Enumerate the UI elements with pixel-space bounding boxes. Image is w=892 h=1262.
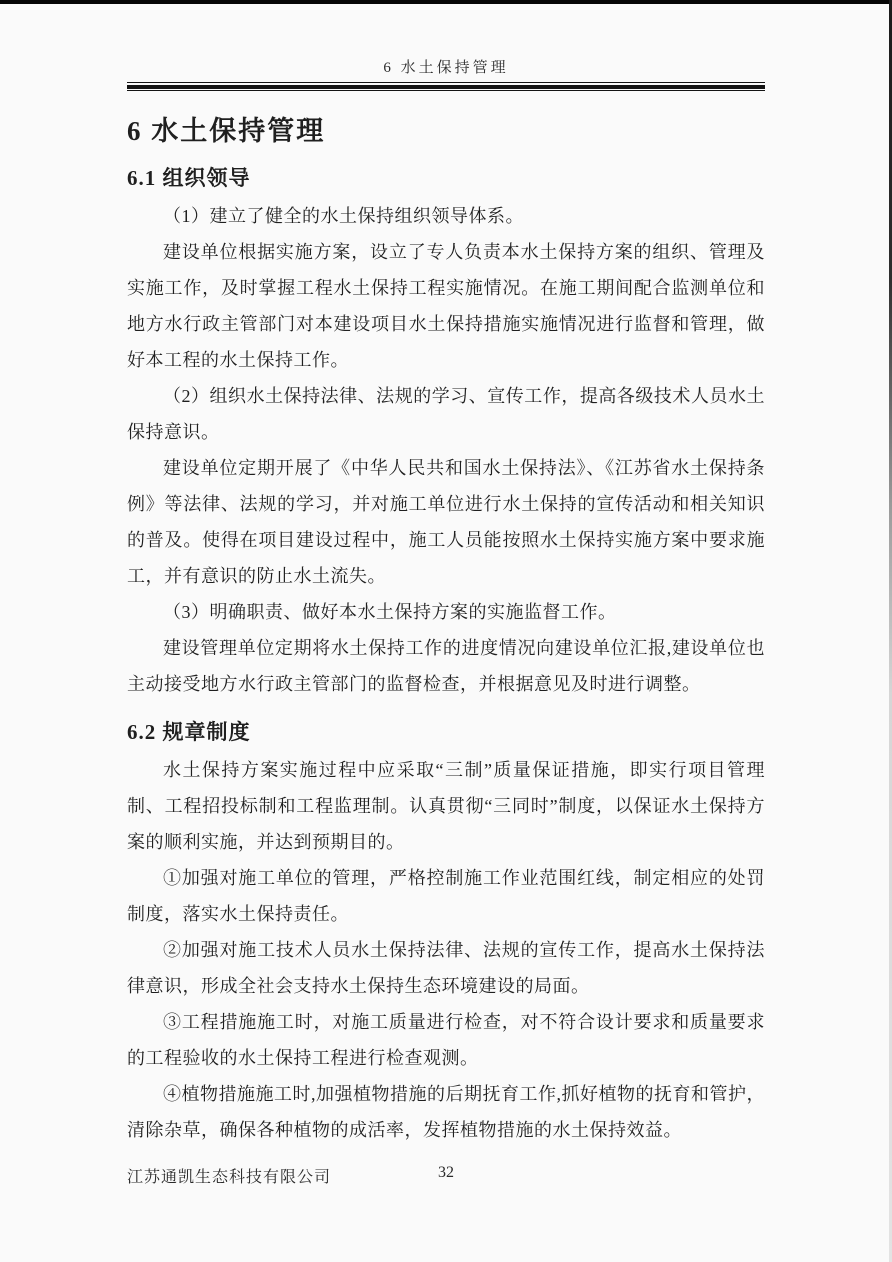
paragraph: ③工程措施施工时，对施工质量进行检查，对不符合设计要求和质量要求的工程验收的水土… (127, 1004, 765, 1076)
paragraph: 建设管理单位定期将水土保持工作的进度情况向建设单位汇报,建设单位也主动接受地方水… (127, 630, 765, 702)
document-page: 6 水土保持管理 6 水土保持管理 6.1 组织领导 （1）建立了健全的水土保持… (0, 0, 892, 1262)
running-header: 6 水土保持管理 (127, 56, 765, 77)
paragraph: （2）组织水土保持法律、法规的学习、宣传工作，提高各级技术人员水土保持意识。 (127, 378, 765, 450)
paragraph: 建设单位定期开展了《中华人民共和国水土保持法》、《江苏省水土保持条例》等法律、法… (127, 450, 765, 594)
page-content: 6 水土保持管理 6 水土保持管理 6.1 组织领导 （1）建立了健全的水土保持… (0, 56, 892, 1148)
footer-page-number: 32 (438, 1164, 454, 1182)
paragraph: 建设单位根据实施方案，设立了专人负责本水土保持方案的组织、管理及实施工作，及时掌… (127, 234, 765, 378)
section-heading-6-1: 6.1 组织领导 (127, 162, 765, 192)
paragraph: （1）建立了健全的水土保持组织领导体系。 (127, 198, 765, 234)
footer-company-name: 江苏通凯生态科技有限公司 (127, 1169, 331, 1186)
header-rule (127, 82, 765, 91)
section-heading-6-2: 6.2 规章制度 (127, 716, 765, 746)
scan-edge-top (0, 0, 892, 4)
paragraph: 水土保持方案实施过程中应采取“三制”质量保证措施，即实行项目管理制、工程招投标制… (127, 752, 765, 860)
paragraph: ①加强对施工单位的管理，严格控制施工作业范围红线，制定相应的处罚制度，落实水土保… (127, 860, 765, 932)
paragraph: （3）明确职责、做好本水土保持方案的实施监督工作。 (127, 594, 765, 630)
page-footer: 江苏通凯生态科技有限公司 32 (127, 1164, 765, 1187)
paragraph: ②加强对施工技术人员水土保持法律、法规的宣传工作，提高水土保持法律意识，形成全社… (127, 932, 765, 1004)
document-title: 6 水土保持管理 (127, 109, 765, 148)
paragraph: ④植物措施施工时,加强植物措施的后期抚育工作,抓好植物的抚育和管护，清除杂草，确… (127, 1076, 765, 1148)
